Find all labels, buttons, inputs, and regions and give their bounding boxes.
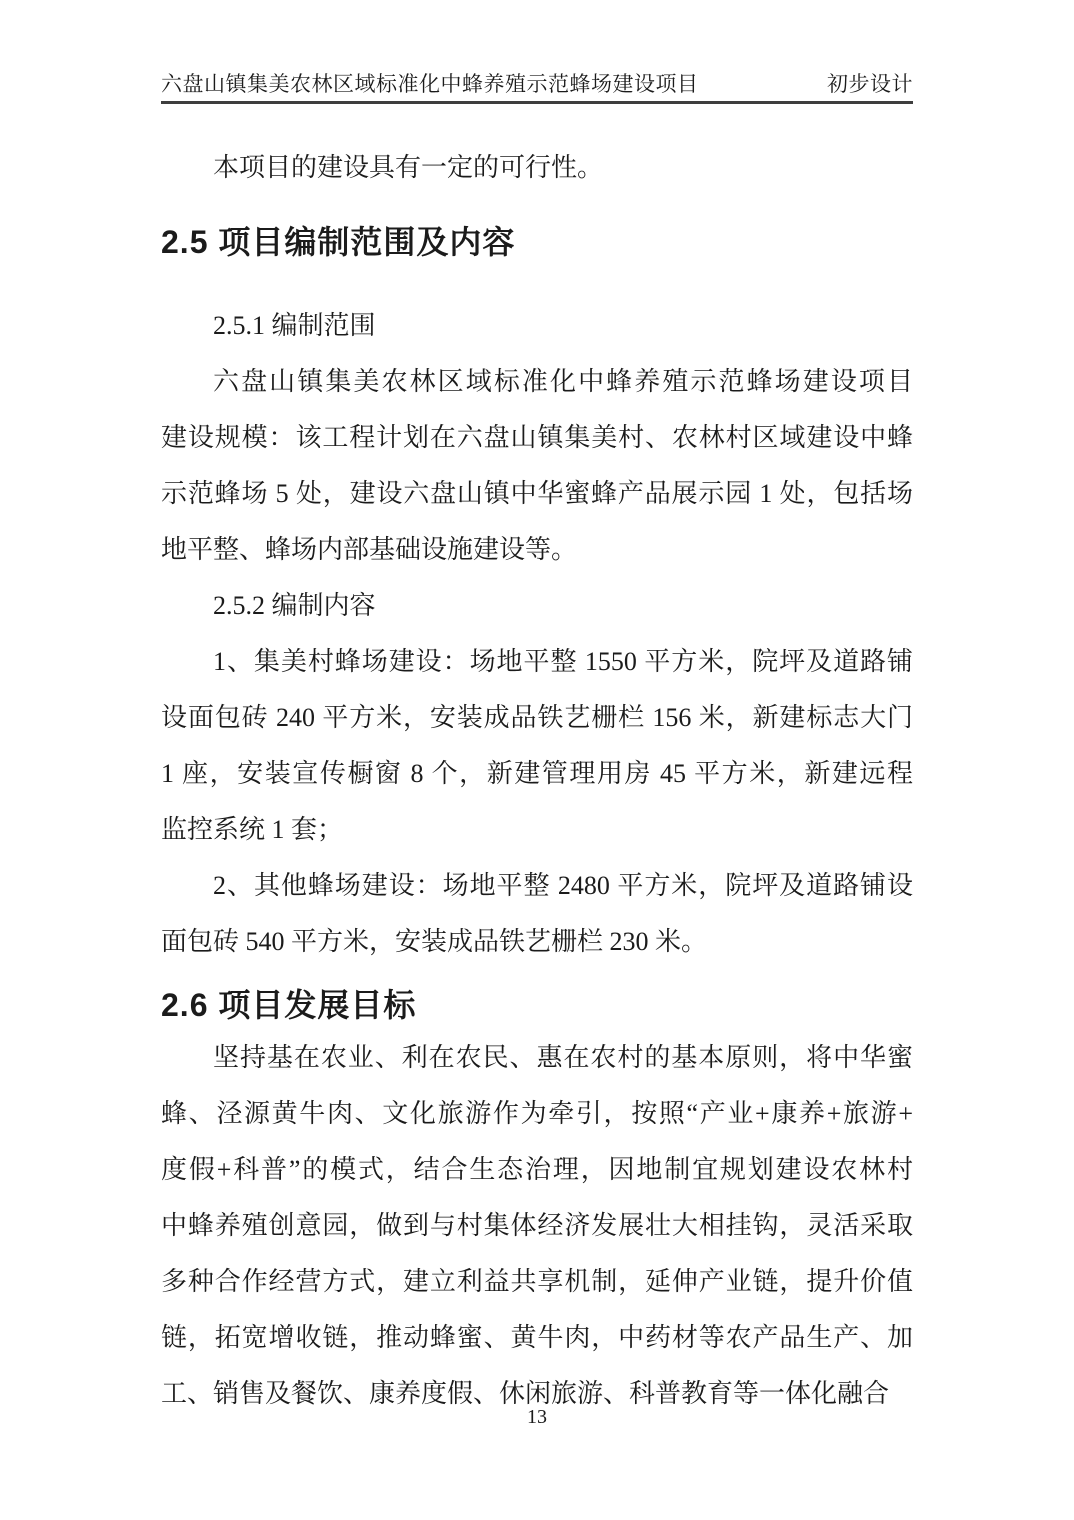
paragraph-item1: 1、集美村蜂场建设：场地平整 1550 平方米，院坪及道路铺 设面包砖 240 …	[161, 634, 913, 858]
paragraph-line: 多种合作经营方式，建立利益共享机制，延伸产业链，提升价值	[161, 1254, 913, 1310]
paragraph-line: 2、其他蜂场建设：场地平整 2480 平方米，院坪及道路铺设	[161, 858, 913, 914]
paragraph-line: 1 座，安装宣传橱窗 8 个，新建管理用房 45 平方米，新建远程	[161, 746, 913, 802]
section-heading-2-6: 2.6 项目发展目标	[161, 980, 913, 1030]
paragraph-line: 链，拓宽增收链，推动蜂蜜、黄牛肉，中药材等农产品生产、加	[161, 1310, 913, 1366]
document-page: 六盘山镇集美农林区域标准化中蜂养殖示范蜂场建设项目 初步设计 本项目的建设具有一…	[0, 0, 1074, 1520]
header-stage-label: 初步设计	[827, 70, 913, 98]
paragraph-line: 度假+科普”的模式，结合生态治理，因地制宜规划建设农林村	[161, 1142, 913, 1198]
header-doc-title: 六盘山镇集美农林区域标准化中蜂养殖示范蜂场建设项目	[161, 70, 699, 98]
paragraph-line: 建设规模：该工程计划在六盘山镇集美村、农林村区域建设中蜂	[161, 410, 913, 466]
paragraph-line: 本项目的建设具有一定的可行性。	[161, 140, 913, 196]
page-number: 13	[0, 1404, 1074, 1430]
paragraph-intro: 本项目的建设具有一定的可行性。	[161, 140, 913, 196]
paragraph-line: 六盘山镇集美农林区域标准化中蜂养殖示范蜂场建设项目	[161, 354, 913, 410]
paragraph-line: 面包砖 540 平方米，安装成品铁艺栅栏 230 米。	[161, 914, 913, 970]
page-header: 六盘山镇集美农林区域标准化中蜂养殖示范蜂场建设项目 初步设计	[161, 70, 913, 104]
paragraph-line: 监控系统 1 套；	[161, 802, 913, 858]
paragraph-line: 蜂、泾源黄牛肉、文化旅游作为牵引，按照“产业+康养+旅游+	[161, 1086, 913, 1142]
paragraph-line: 中蜂养殖创意园，做到与村集体经济发展壮大相挂钩，灵活采取	[161, 1198, 913, 1254]
paragraph-line: 地平整、蜂场内部基础设施建设等。	[161, 522, 913, 578]
paragraph-line: 坚持基在农业、利在农民、惠在农村的基本原则，将中华蜜	[161, 1030, 913, 1086]
section-heading-2-5: 2.5 项目编制范围及内容	[161, 217, 913, 267]
paragraph-item2: 2、其他蜂场建设：场地平整 2480 平方米，院坪及道路铺设 面包砖 540 平…	[161, 858, 913, 970]
page-body: 本项目的建设具有一定的可行性。 2.5 项目编制范围及内容 2.5.1 编制范围…	[161, 103, 913, 1422]
subsection-heading-2-5-2: 2.5.2 编制内容	[161, 578, 913, 634]
paragraph-line: 1、集美村蜂场建设：场地平整 1550 平方米，院坪及道路铺	[161, 634, 913, 690]
paragraph-line: 示范蜂场 5 处，建设六盘山镇中华蜜蜂产品展示园 1 处，包括场	[161, 466, 913, 522]
paragraph-goal: 坚持基在农业、利在农民、惠在农村的基本原则，将中华蜜 蜂、泾源黄牛肉、文化旅游作…	[161, 1030, 913, 1422]
paragraph-scope: 六盘山镇集美农林区域标准化中蜂养殖示范蜂场建设项目 建设规模：该工程计划在六盘山…	[161, 354, 913, 578]
subsection-heading-2-5-1: 2.5.1 编制范围	[161, 298, 913, 354]
paragraph-line: 设面包砖 240 平方米，安装成品铁艺栅栏 156 米，新建标志大门	[161, 690, 913, 746]
